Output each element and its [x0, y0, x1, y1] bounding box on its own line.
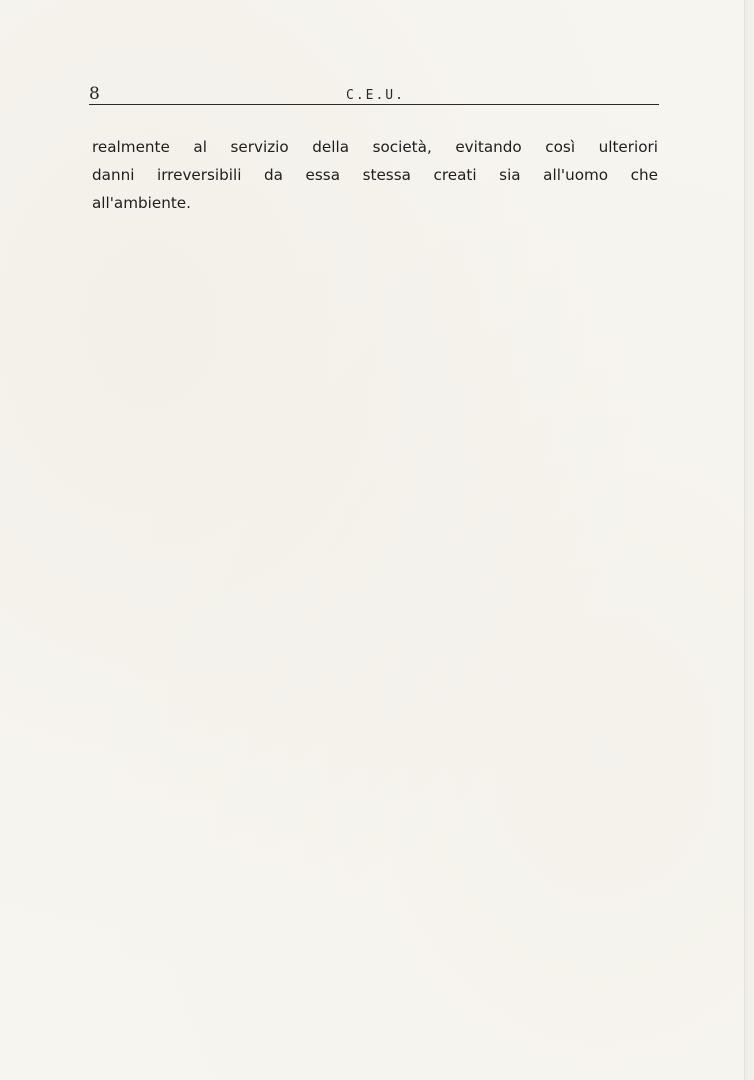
text-line: all'ambiente. — [92, 189, 658, 217]
text-line: realmente al servizio della società, evi… — [92, 133, 658, 161]
running-title: C.E.U. — [346, 89, 405, 103]
body-paragraph: realmente al servizio della società, evi… — [92, 133, 658, 217]
header-rule — [89, 104, 659, 105]
document-page: 8 C.E.U. realmente al servizio della soc… — [0, 0, 754, 1080]
page-edge — [744, 0, 754, 1080]
page-number: 8 — [89, 85, 100, 103]
text-line: danni irreversibili da essa stessa creat… — [92, 161, 658, 189]
page-header: 8 C.E.U. — [89, 84, 659, 106]
